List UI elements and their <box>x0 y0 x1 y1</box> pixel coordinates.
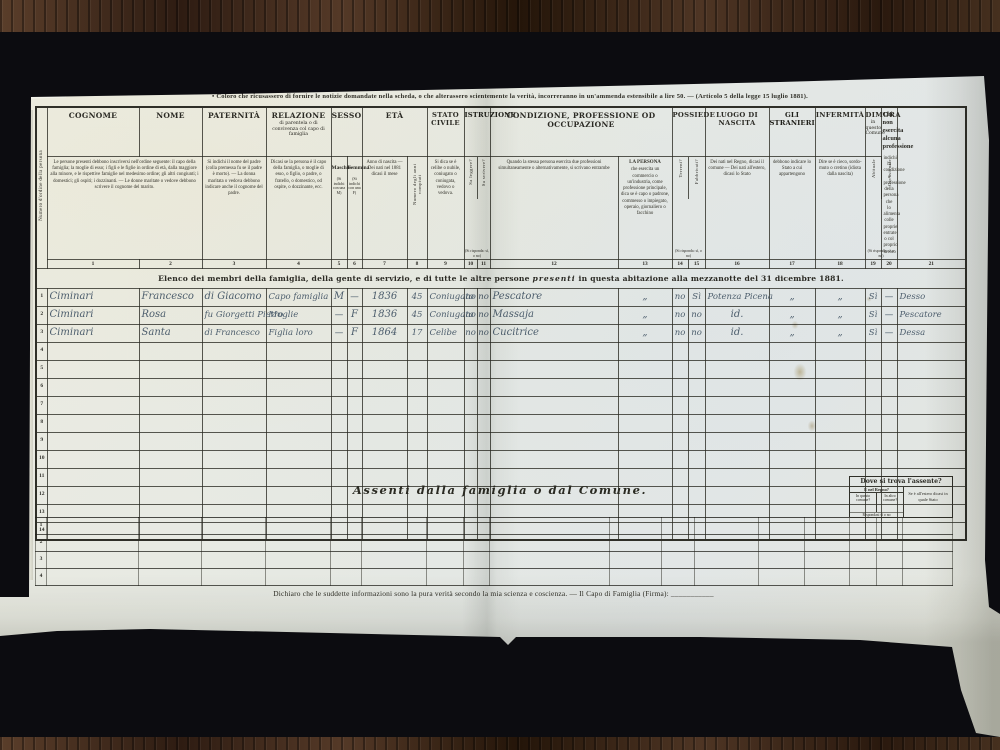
col-header-possiede: POSSIEDE <box>672 107 705 156</box>
declaration-line: Dichiaro che le suddette informazioni so… <box>35 589 952 598</box>
absent-section-title: Assenti dalla famiglia o dal Comune. <box>150 483 850 497</box>
elenco-title: Elenco dei membri della famiglia, della … <box>36 268 966 288</box>
cell-maschio: M <box>331 288 347 306</box>
cell-straniero: „ <box>769 288 815 306</box>
col-header-paternita: PATERNITÀ <box>202 107 266 156</box>
cell-abituale: Sì <box>865 288 881 306</box>
cell-terreni: no <box>672 288 688 306</box>
underlying-page-corner <box>30 84 66 98</box>
empty-row: 6 <box>36 378 966 396</box>
note-paternita: Si indichi il nome del padre (colla prem… <box>202 156 266 259</box>
cell-stato-civile: Coniugato <box>427 288 464 306</box>
note-relazione: Dicasi se la persona è il capo della fam… <box>266 156 331 259</box>
table-row-person-1: 1 Ciminari Francesco di Giacomo Capo fam… <box>36 288 966 306</box>
cell-relazione: Capo famiglia <box>266 288 331 306</box>
empty-row: 4 <box>36 342 966 360</box>
cell-scrive: no <box>477 288 490 306</box>
column-number-row: 1 2 3 4 5 6 7 8 9 10 11 12 13 14 15 16 1 <box>36 259 966 268</box>
empty-row: 8 <box>36 414 966 432</box>
col-header-eta: ETÀ <box>362 107 427 156</box>
col-header-cognome: COGNOME <box>47 107 139 156</box>
cell-professione: Pescatore <box>490 288 618 306</box>
note-anno-nascita: Anno di nascita — Dei nati nel 1881 dica… <box>362 156 407 259</box>
cell-luogo-nascita: Potenza Picena <box>705 288 769 306</box>
subcol-maschio: Maschio(Si indichi con una M) <box>331 156 347 259</box>
cell-nome: Francesco <box>139 288 202 306</box>
subcol-femmina: Femmina(Si indichi con una F) <box>347 156 362 259</box>
census-sheet: • Coloro che ricusassero di fornire le n… <box>0 0 1000 750</box>
col-header-dimora: DIMORAin questo Comune <box>865 107 881 156</box>
subcols-dimora: AbitualeOccasionale (Si risponda: sì, o … <box>865 156 897 259</box>
col-header-relazione: RELAZIONEdi parentela o di convivenza co… <box>266 107 331 156</box>
section-title-row: Elenco dei membri della famiglia, della … <box>36 268 966 288</box>
empty-row: 5 <box>36 360 966 378</box>
note-stranieri: debbono indicare lo Stato a cui apparten… <box>769 156 815 259</box>
cell-anni: 45 <box>407 288 427 306</box>
wood-grain <box>0 737 1000 750</box>
note-luogo-nascita: Dei nati nel Regno, dicasi il comune — D… <box>705 156 769 259</box>
col-header-sesso: SESSO <box>331 107 362 156</box>
col-header-stranieri: GLI STRANIERI <box>769 107 815 156</box>
wood-table-edge-top <box>0 0 1000 32</box>
penalty-notice: • Coloro che ricusassero di fornire le n… <box>60 93 960 100</box>
subcols-istruzione: Sa leggere?Sa scrivere? (Si risponda: sì… <box>464 156 490 259</box>
header-note-row: Le persone presenti debbono inscriversi … <box>36 156 966 259</box>
note-infermita: Dire se è cieco, sordo-muto o cretino (i… <box>815 156 865 259</box>
note-stato-civile: Si dica se è celibe o nubile, coniugato … <box>427 156 464 259</box>
scanned-census-photo: • Coloro che ricusassero di fornire le n… <box>0 0 1000 750</box>
cell-paternita: di Giacomo <box>202 288 266 306</box>
empty-row: 10 <box>36 450 966 468</box>
note-cognome-nome: Le persone presenti debbono inscriversi … <box>47 156 202 259</box>
col-header-nome: NOME <box>139 107 202 156</box>
where-is-absent-box: Dove si trova l'assente? È nel Regno? In… <box>850 477 953 518</box>
row-number-axis: Numero d'ordine della persona <box>36 107 47 268</box>
col-header-condizione: CONDIZIONE, PROFESSIONE OD OCCUPAZIONE <box>490 107 672 156</box>
wood-table-edge-bottom <box>0 737 1000 750</box>
wood-grain <box>0 0 1000 32</box>
cell-legge: no <box>464 288 477 306</box>
absent-row: 3 <box>36 552 953 569</box>
absent-row: 1 <box>36 518 953 535</box>
empty-row: 9 <box>36 432 966 450</box>
table-row-person-3: 3 Ciminari Santa di Francesco Figlia lor… <box>36 324 966 342</box>
empty-row: 7 <box>36 396 966 414</box>
col-header-stato-civile: STATO CIVILE <box>427 107 464 156</box>
cell-occasionale: — <box>881 288 897 306</box>
note-la-persona: LA PERSONAche esercita un commercio o un… <box>618 156 672 259</box>
sheet-content: • Coloro che ricusassero di fornire le n… <box>0 0 1000 750</box>
cell-fabbricati: Sì <box>688 288 705 306</box>
cell-femmina: — <box>347 288 362 306</box>
note-condizione: Quando la stessa persona esercita due pr… <box>490 156 618 259</box>
table-row-person-2: 2 Ciminari Rosa fu Giorgetti Pietro Mogl… <box>36 306 966 324</box>
cell-alimento: Desso <box>897 288 966 306</box>
cell-cognome: Ciminari <box>47 288 139 306</box>
cell-la-persona: „ <box>618 288 672 306</box>
subcols-possiede: Terreni?Fabbricati? (Si risponda: sì, o … <box>672 156 705 259</box>
absent-row: 4 <box>36 569 953 586</box>
cell-anno-nascita: 1836 <box>362 288 407 306</box>
cell-infermita: „ <box>815 288 865 306</box>
col-header-istruzione: ISTRUZIONE <box>464 107 490 156</box>
absent-row: 2 <box>36 535 953 552</box>
subcol-anni-compiuti: Numero degli anni compiuti <box>407 156 427 259</box>
header-label-row: Numero d'ordine della persona COGNOME NO… <box>36 107 966 156</box>
col-header-infermita: INFERMITÀ <box>815 107 865 156</box>
